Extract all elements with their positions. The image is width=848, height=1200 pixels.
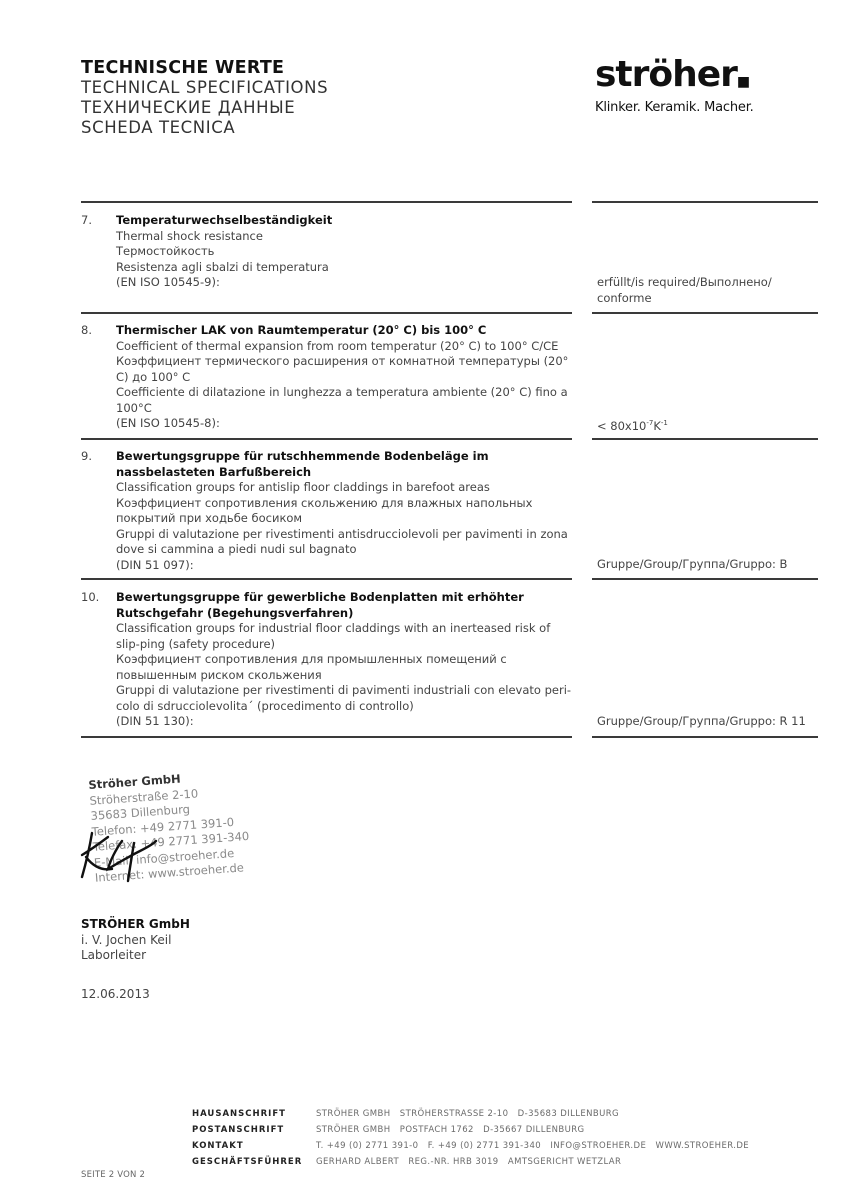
footer-row: KONTAKT T. +49 (0) 2771 391-0 F. +49 (0)…: [192, 1138, 749, 1154]
title-german: TECHNISCHE WERTE: [81, 58, 328, 78]
spec-number: 10.: [81, 590, 99, 606]
spec-line: Термостойкость: [116, 244, 576, 260]
spec-number: 7.: [81, 213, 92, 229]
logo-wordmark: ströher: [595, 54, 737, 95]
spec-line: (EN ISO 10545-9):: [116, 275, 576, 291]
spec-line: (EN ISO 10545-8):: [116, 416, 576, 432]
divider: [592, 312, 818, 314]
spec-line: Коэффициент термического расширения от к…: [116, 354, 576, 385]
signer-company: STRÖHER GmbH: [81, 917, 190, 933]
spec-line: Thermal shock resistance: [116, 229, 576, 245]
footer: HAUSANSCHRIFT STRÖHER GMBH STRÖHERSTRASS…: [192, 1106, 749, 1170]
signature-date: 12.06.2013: [81, 987, 190, 1003]
spec-value: Gruppe/Group/Группа/Gruppo: R 11: [597, 714, 817, 730]
spec-title: Bewertungsgruppe für rutschhemmende Bode…: [116, 449, 576, 480]
spec-line: Coefficient of thermal expansion from ro…: [116, 339, 576, 355]
company-logo: ströher■ Klinker. Keramik. Macher.: [595, 58, 775, 115]
divider: [81, 578, 572, 580]
spec-value: < 80x10-7K-1: [597, 416, 817, 435]
spec-number: 9.: [81, 449, 92, 465]
divider: [592, 578, 818, 580]
logo-tagline: Klinker. Keramik. Macher.: [595, 100, 775, 115]
spec-line: Resistenza agli sbalzi di temperatura: [116, 260, 576, 276]
divider: [81, 312, 572, 314]
spec-line: Коэффициент сопротивления скольжению для…: [116, 496, 576, 527]
divider: [81, 201, 572, 203]
page-number: SEITE 2 VON 2: [81, 1170, 145, 1180]
logo-dot-icon: ■: [737, 74, 750, 90]
divider: [592, 201, 818, 203]
spec-value: erfüllt/is required/Выполнено/ conforme: [597, 275, 817, 306]
spec-line: Coefficiente di dilatazione in lunghezza…: [116, 385, 576, 416]
title-russian: ТЕХНИЧЕСКИЕ ДАННЫЕ: [81, 98, 328, 118]
spec-line: Classification groups for industrial flo…: [116, 621, 576, 652]
spec-line: Gruppi di valutazione per rivestimenti d…: [116, 683, 576, 714]
spec-number: 8.: [81, 323, 92, 339]
spec-title: Bewertungsgruppe für gewerbliche Bodenpl…: [116, 590, 576, 621]
spec-line: Коэффициент сопротивления для промышленн…: [116, 652, 576, 683]
signer-role: Laborleiter: [81, 948, 190, 964]
divider: [592, 438, 818, 440]
spec-title: Temperaturwechselbeständigkeit: [116, 213, 576, 229]
title-italian: SCHEDA TECNICA: [81, 118, 328, 138]
handwritten-signature-icon: [78, 825, 158, 885]
spec-value: Gruppe/Group/Группа/Gruppo: B: [597, 557, 817, 573]
document-title: TECHNISCHE WERTE TECHNICAL SPECIFICATION…: [81, 58, 328, 138]
spec-line: Classification groups for antislip floor…: [116, 480, 576, 496]
spec-line: (DIN 51 130):: [116, 714, 576, 730]
footer-row: POSTANSCHRIFT STRÖHER GMBH POSTFACH 1762…: [192, 1122, 749, 1138]
divider: [592, 736, 818, 738]
footer-row: HAUSANSCHRIFT STRÖHER GMBH STRÖHERSTRASS…: [192, 1106, 749, 1122]
title-english: TECHNICAL SPECIFICATIONS: [81, 78, 328, 98]
signer-name: i. V. Jochen Keil: [81, 933, 190, 949]
divider: [81, 438, 572, 440]
spec-line: Gruppi di valutazione per rivestimenti a…: [116, 527, 576, 558]
footer-row: GESCHÄFTSFÜHRER GERHARD ALBERT REG.-NR. …: [192, 1154, 749, 1170]
signature-block: STRÖHER GmbH i. V. Jochen Keil Laborleit…: [81, 917, 190, 1002]
spec-title: Thermischer LAK von Raumtemperatur (20° …: [116, 323, 576, 339]
divider: [81, 736, 572, 738]
spec-line: (DIN 51 097):: [116, 558, 576, 574]
